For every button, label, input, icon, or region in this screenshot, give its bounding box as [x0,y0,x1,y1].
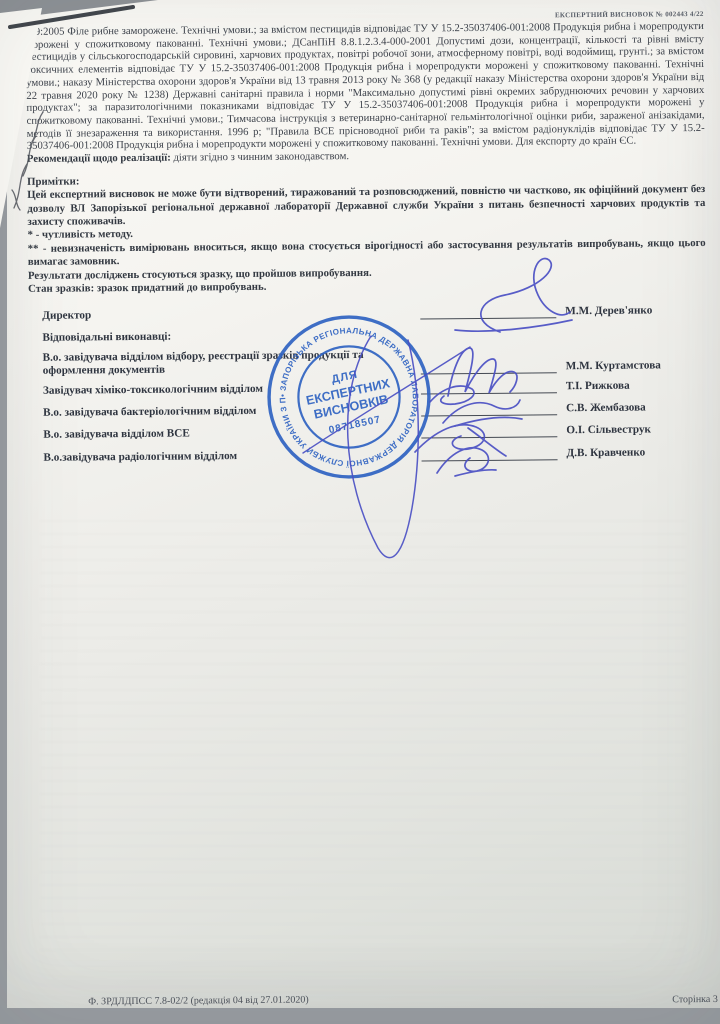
signature-line [421,360,557,374]
signature-line [420,305,556,319]
main-paragraph: 9:2005 Філе рибне заморожене. Технічні у… [26,20,705,153]
signatory-name: С.В. Жембазова [557,402,646,416]
recommendation-label: Рекомендації щодо реалізації: [27,152,171,165]
signature-line [421,424,557,438]
stamp-edrpou-number: 08718507 [328,414,382,436]
signatory-name: Д.В. Кравченко [557,447,645,461]
scanned-document-photo: ЕКСПЕРТНИЙ ВИСНОВОК № 002443 4/22 9:2005… [0,0,720,1024]
signatory-name: О.І. Сільвеструк [557,423,651,437]
note-line: Цей експертний висновок не може бути від… [27,183,705,229]
document-reference-number: ЕКСПЕРТНИЙ ВИСНОВОК № 002443 4/22 [555,10,704,19]
page-number-footer: Сторінка 3 з [672,994,720,1005]
form-code-footer: Ф. ЗРДЛДПСС 7.8-02/2 (редакція 04 від 27… [88,994,309,1007]
signatory-name: Т.І. Рижкова [557,380,630,394]
signature-line [421,402,557,416]
recommendation-text: діяти згідно з чинним законодавством. [171,150,349,164]
signature-line [421,447,557,461]
signature-line [421,380,557,394]
notes-block: Примітки: Цей експертний висновок не мож… [27,170,706,297]
body-text-block: 9:2005 Філе рибне заморожене. Технічні у… [26,20,706,296]
document-content: ЕКСПЕРТНИЙ ВИСНОВОК № 002443 4/22 9:2005… [0,0,720,1024]
official-round-stamp: • ЗАПОРІЗЬКА РЕГІОНАЛЬНА ДЕРЖАВНА ЛАБОРА… [263,311,435,483]
signatory-name: М.М. Куртамстова [557,359,661,373]
signatory-name: М.М. Дерев'янко [556,304,652,318]
